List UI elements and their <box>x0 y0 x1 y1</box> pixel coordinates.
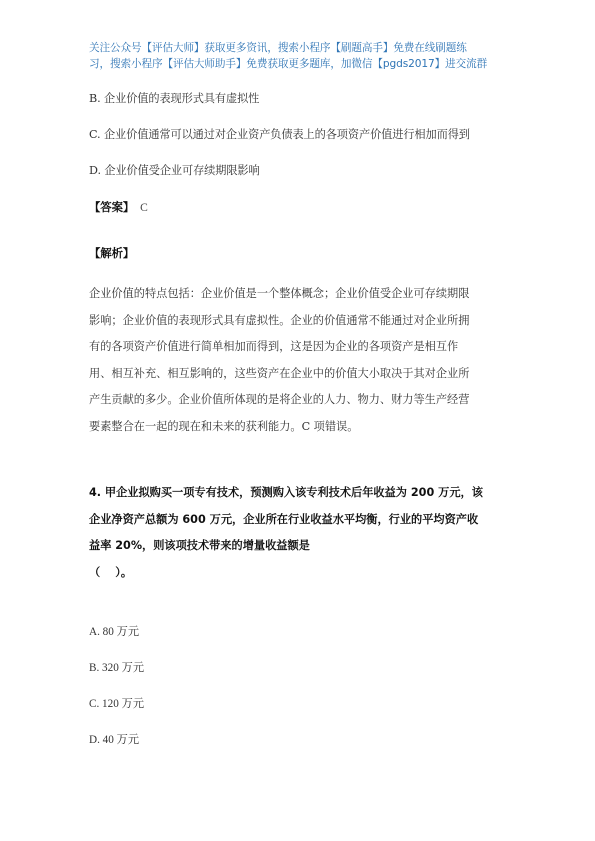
analysis-line: 要素整合在一起的现在和未来的获利能力。C 项错误。 <box>89 414 507 441</box>
q4-option-b: B. 320 万元 <box>89 659 144 675</box>
prev-option-d: D. 企业价值受企业可存续期限影响 <box>89 162 260 178</box>
q4-option-a: A. 80 万元 <box>89 623 139 639</box>
promo-header-line-1: 关注公众号【评估大师】获取更多资讯，搜索小程序【刷题高手】免费在线刷题练 <box>89 40 509 56</box>
analysis-heading: 【解析】 <box>89 245 134 261</box>
answer-tag: 【答案】 <box>89 200 134 214</box>
question-line: （ ）。 <box>89 560 509 587</box>
analysis-line: 产生贡献的多少。企业价值所体现的是将企业的人力、物力、财力等生产经营 <box>89 387 507 414</box>
answer-value: C <box>140 202 148 214</box>
question-line: 益率 20%，则该项技术带来的增量收益额是 <box>89 533 509 560</box>
answer-row: 【答案】C <box>89 199 148 215</box>
promo-header: 关注公众号【评估大师】获取更多资讯，搜索小程序【刷题高手】免费在线刷题练 习，搜… <box>89 40 509 72</box>
question-4-stem: 4. 甲企业拟购买一项专有技术，预测购入该专利技术后年收益为 200 万元，该 … <box>89 480 509 586</box>
promo-header-line-2: 习，搜索小程序【评估大师助手】免费获取更多题库，加微信【pgds2017】进交流… <box>89 56 509 72</box>
analysis-paragraph: 企业价值的特点包括：企业价值是一个整体概念；企业价值受企业可存续期限 影响；企业… <box>89 281 507 440</box>
analysis-line: 有的各项资产价值进行简单相加而得到，这是因为企业的各项资产是相互作 <box>89 334 507 361</box>
prev-option-c: C. 企业价值通常可以通过对企业资产负债表上的各项资产价值进行相加而得到 <box>89 126 470 142</box>
document-page: 关注公众号【评估大师】获取更多资讯，搜索小程序【刷题高手】免费在线刷题练 习，搜… <box>0 0 595 841</box>
analysis-line: 企业价值的特点包括：企业价值是一个整体概念；企业价值受企业可存续期限 <box>89 281 507 308</box>
question-line: 企业净资产总额为 600 万元，企业所在行业收益水平均衡，行业的平均资产收 <box>89 507 509 534</box>
analysis-line: 用、相互补充、相互影响的，这些资产在企业中的价值大小取决于其对企业所 <box>89 361 507 388</box>
q4-option-d: D. 40 万元 <box>89 731 139 747</box>
question-line: 4. 甲企业拟购买一项专有技术，预测购入该专利技术后年收益为 200 万元，该 <box>89 480 509 507</box>
analysis-tag: 【解析】 <box>89 246 134 260</box>
q4-option-c: C. 120 万元 <box>89 695 144 711</box>
prev-option-b: B. 企业价值的表现形式具有虚拟性 <box>89 90 259 106</box>
analysis-line: 影响；企业价值的表现形式具有虚拟性。企业的价值通常不能通过对企业所拥 <box>89 308 507 335</box>
